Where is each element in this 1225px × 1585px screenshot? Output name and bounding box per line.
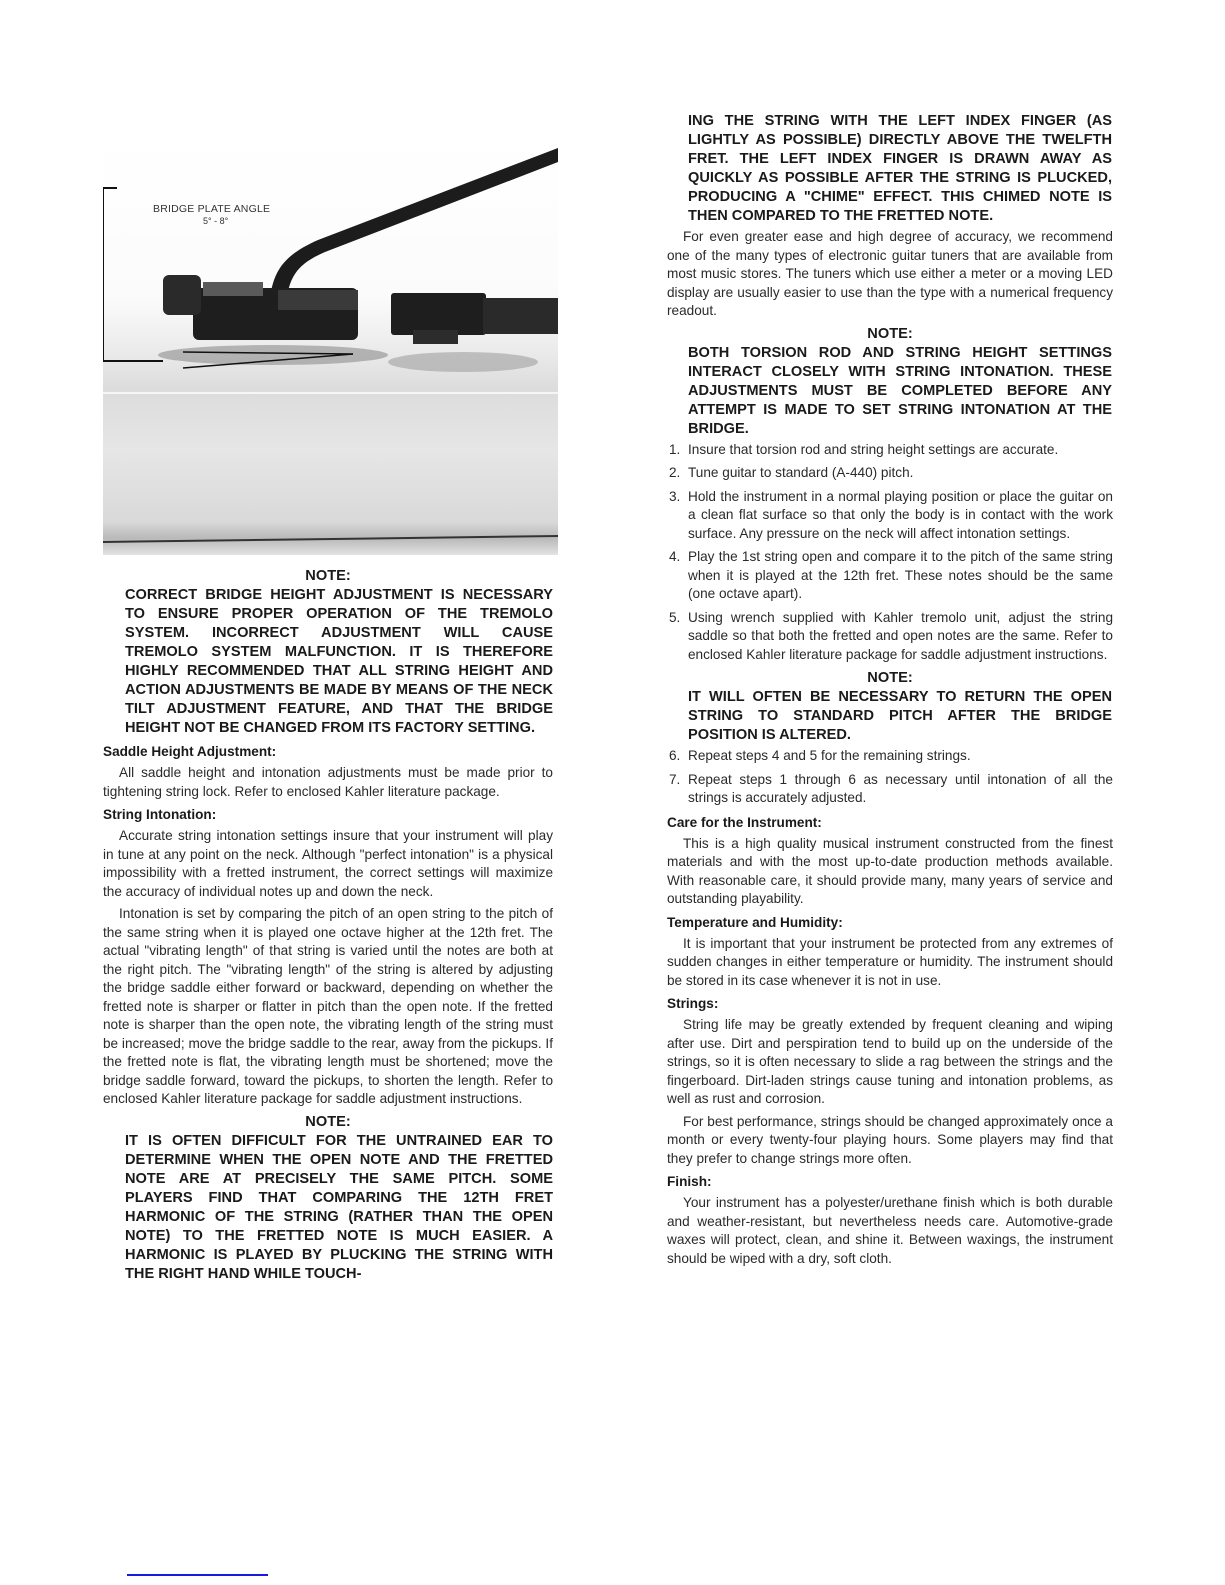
note-title: NOTE:: [103, 567, 553, 586]
finish-text: Your instrument has a polyester/urethane…: [667, 1194, 1113, 1268]
step-item: 1.Insure that torsion rod and string hei…: [667, 441, 1113, 460]
temperature-text: It is important that your instrument be …: [667, 935, 1113, 991]
bridge-plate-photo: BRIDGE PLATE ANGLE 5° - 8°: [103, 140, 558, 555]
torsion-rod-note: BOTH TORSION ROD AND STRING HEIGHT SETTI…: [688, 344, 1112, 439]
right-column: ING THE STRING WITH THE LEFT INDEX FINGE…: [667, 112, 1113, 1272]
step-item: 4.Play the 1st string open and compare i…: [667, 548, 1113, 604]
harmonic-note-continued: ING THE STRING WITH THE LEFT INDEX FINGE…: [688, 112, 1112, 226]
intonation-steps: 1.Insure that torsion rod and string hei…: [667, 441, 1113, 665]
strings-heading: Strings:: [667, 994, 1113, 1014]
care-heading: Care for the Instrument:: [667, 813, 1113, 833]
strings-para-2: For best performance, strings should be …: [667, 1113, 1113, 1169]
saddle-height-text: All saddle height and intonation adjustm…: [103, 764, 553, 801]
step-item: 6.Repeat steps 4 and 5 for the remaining…: [667, 747, 1113, 766]
link-underline[interactable]: [127, 1574, 268, 1576]
intonation-steps-continued: 6.Repeat steps 4 and 5 for the remaining…: [667, 747, 1113, 808]
saddle-height-heading: Saddle Height Adjustment:: [103, 742, 553, 762]
note-title: NOTE:: [667, 325, 1113, 344]
string-intonation-heading: String Intonation:: [103, 805, 553, 825]
open-string-note: IT WILL OFTEN BE NECESSARY TO RETURN THE…: [688, 688, 1112, 745]
note-title: NOTE:: [667, 669, 1113, 688]
strings-para-1: String life may be greatly extended by f…: [667, 1016, 1113, 1109]
figure-label: BRIDGE PLATE ANGLE: [153, 203, 270, 215]
electronic-tuners-para: For even greater ease and high degree of…: [667, 228, 1113, 321]
left-column: BRIDGE PLATE ANGLE 5° - 8° NOTE: CORRECT…: [103, 140, 553, 1284]
finish-heading: Finish:: [667, 1172, 1113, 1192]
step-item: 7.Repeat steps 1 through 6 as necessary …: [667, 771, 1113, 808]
care-text: This is a high quality musical instrumen…: [667, 835, 1113, 909]
step-item: 3.Hold the instrument in a normal playin…: [667, 488, 1113, 544]
figure-angle-range: 5° - 8°: [203, 216, 228, 226]
bridge-height-note: CORRECT BRIDGE HEIGHT ADJUSTMENT IS NECE…: [125, 586, 553, 738]
step-item: 2.Tune guitar to standard (A-440) pitch.: [667, 464, 1113, 483]
step-item: 5.Using wrench supplied with Kahler trem…: [667, 609, 1113, 665]
harmonic-note: IT IS OFTEN DIFFICULT FOR THE UNTRAINED …: [125, 1132, 553, 1284]
temperature-heading: Temperature and Humidity:: [667, 913, 1113, 933]
string-intonation-para-1: Accurate string intonation settings insu…: [103, 827, 553, 901]
note-title: NOTE:: [103, 1113, 553, 1132]
string-intonation-para-2: Intonation is set by comparing the pitch…: [103, 905, 553, 1109]
